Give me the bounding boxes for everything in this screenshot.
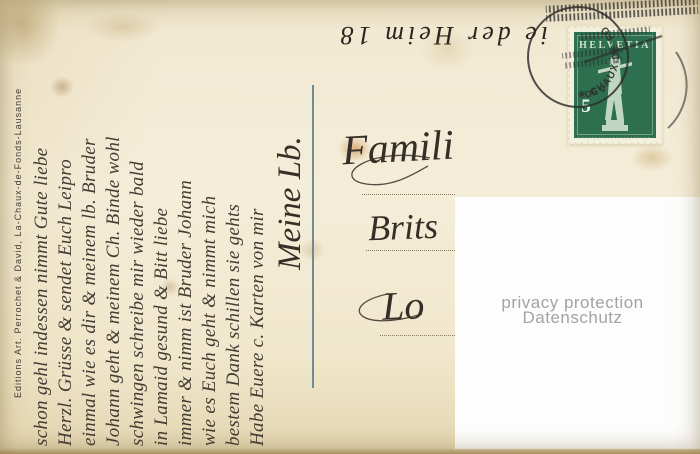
- message-line: Johann geht & meinem Ch. Binde wohl: [102, 14, 126, 446]
- message-line: Habe Euere c. Karten von mir: [246, 14, 270, 446]
- message-line: wie es Euch geht & nimmt mich: [198, 14, 222, 446]
- handwritten-message-block: schon gehl indessen nimmt Gute liebe Her…: [30, 14, 270, 446]
- message-line: schwingen schreibe mir wieder bald: [126, 14, 150, 446]
- stamp-country-label: HELVETIA: [579, 40, 651, 51]
- postage-stamp: HELVETIA 5: [568, 26, 662, 144]
- privacy-overlay-text: privacy protection Datenschutz: [450, 295, 695, 325]
- card-bottom-edge: [0, 448, 700, 454]
- message-line: Herzl. Grüsse & sendet Euch Leipro: [54, 14, 78, 446]
- address-block: Familie Brits Lo: [322, 118, 455, 350]
- message-line: schon gehl indessen nimmt Gute liebe: [30, 14, 54, 446]
- address-line-family: Familie: [341, 121, 455, 176]
- address-dotted-line: [362, 194, 455, 195]
- privacy-line-german: Datenschutz: [450, 310, 695, 325]
- privacy-overlay-box: privacy protection Datenschutz: [455, 197, 700, 449]
- message-line: in Lamaid gesund & Bitt liebe: [150, 14, 174, 446]
- stamp-design: HELVETIA 5: [568, 26, 662, 144]
- message-line: bestem Dank schillen sie gehts: [222, 14, 246, 446]
- upside-down-note: ie der Heim 18: [296, 2, 548, 50]
- divider-line: [312, 85, 314, 388]
- handwritten-salutation: Meine Lb.: [272, 70, 310, 270]
- address-dotted-line: [366, 250, 455, 251]
- publisher-spine-text: Editions Art. Perrochet & David, La-Chau…: [13, 38, 26, 398]
- address-line-place: Lo: [381, 281, 425, 329]
- message-line: einmal wie es dir & meinem lb. Bruder: [78, 14, 102, 446]
- stamp-value-numeral: 5: [581, 96, 591, 117]
- message-line: immer & nimm ist Bruder Johann: [174, 14, 198, 446]
- postcard-scan: Editions Art. Perrochet & David, La-Chau…: [0, 0, 700, 454]
- address-dotted-line: [380, 335, 455, 336]
- address-line-name: Brits: [367, 205, 438, 249]
- stain: [630, 144, 674, 172]
